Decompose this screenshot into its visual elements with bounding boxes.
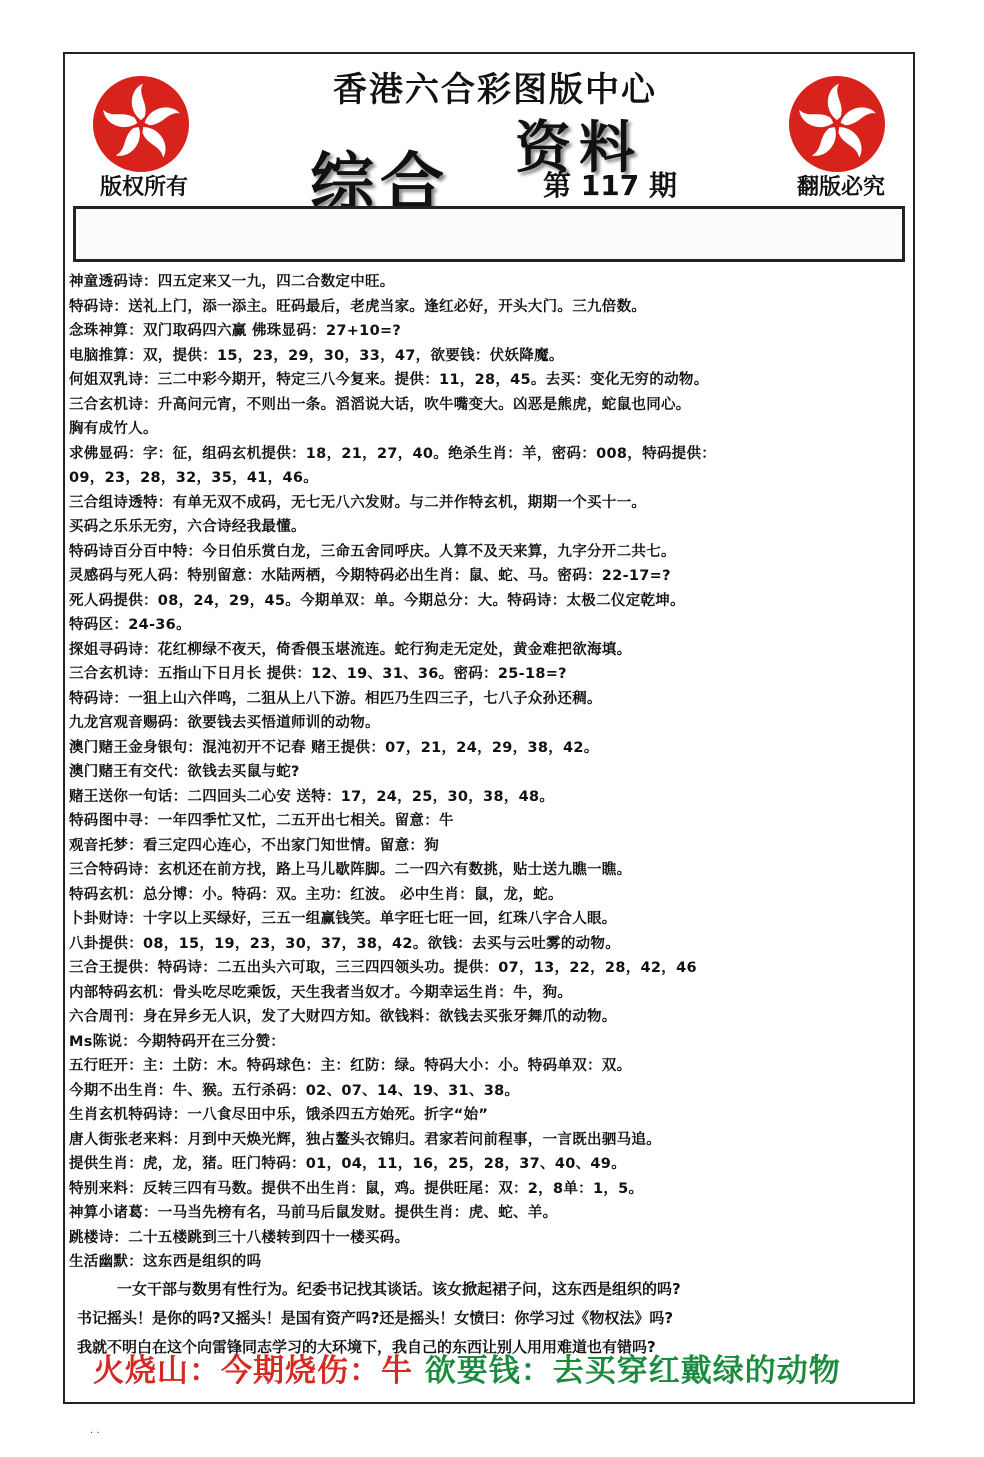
- text-line: 三合组诗透特：有单无双不成码，无七无八六发财。与二并作特玄机，期期一个买十一。: [69, 491, 909, 516]
- header: 香港六合彩图版中心 综合 资料 第 117 期 版权所有 翻版必究: [65, 54, 913, 204]
- text-line: 三合玄机诗：五指山下日月长 提供：12、19、31、36。密码：25-18=?: [69, 662, 909, 687]
- footer-dots: . .: [90, 1425, 100, 1436]
- text-line: 神童透码诗：四五定来又一九，四二合数定中旺。: [69, 270, 909, 295]
- blank-box: [73, 206, 905, 262]
- center-title: 香港六合彩图版中心: [245, 62, 745, 111]
- bauhinia-flower-icon: [93, 76, 189, 172]
- text-line: 探姐寻码诗：花红柳绿不夜天，倚香偎玉堪流连。蛇行狗走无定处，黄金难把欲海填。: [69, 638, 909, 663]
- text-line: 电脑推算：双，提供：15，23，29，30，33，47，欲要钱：伏妖降魔。: [69, 344, 909, 369]
- text-line: 生肖玄机特码诗：一八食尽田中乐，饿杀四五方始死。折字“始”: [69, 1103, 909, 1128]
- text-line: 澳门赌王金身银句：混沌初开不记春 赌王提供：07，21，24，29，38，42。: [69, 736, 909, 761]
- page-frame: 香港六合彩图版中心 综合 资料 第 117 期 版权所有 翻版必究 神童透码诗：…: [63, 52, 915, 1404]
- text-line: 特码图中寻：一年四季忙又忙，二五开出七相关。留意：牛: [69, 809, 909, 834]
- text-line: 特码诗百分百中特：今日伯乐赏白龙，三命五舍同呼庆。人算不及天来算，九字分开二共七…: [69, 540, 909, 565]
- issue-number: 第 117 期: [543, 164, 677, 204]
- text-line: 澳门赌王有交代：欲钱去买鼠与蛇?: [69, 760, 909, 785]
- bauhinia-flower-icon: [789, 76, 885, 172]
- text-line: 胸有成竹人。: [69, 417, 909, 442]
- text-line: 特别来料：反转三四有马数。提供不出生肖：鼠，鸡。提供旺尾：双：2，8单：1，5。: [69, 1177, 909, 1202]
- bottom-banner: 火烧山：今期烧伤：牛 欲要钱：去买穿红戴绿的动物: [93, 1345, 841, 1390]
- text-line: 特码区：24-36。: [69, 613, 909, 638]
- text-line: 特码诗：送礼上门，添一添主。旺码最后，老虎当家。逢红必好，开头大门。三九倍数。: [69, 295, 909, 320]
- text-line: 生活幽默：这东西是组织的吗: [69, 1250, 909, 1275]
- text-line: 跳楼诗：二十五楼跳到三十八楼转到四十一楼买码。: [69, 1226, 909, 1251]
- text-line: 求佛显码：字：征，组码玄机提供：18，21，27，40。绝杀生肖：羊，密码：00…: [69, 442, 909, 467]
- banner-green-text: 欲要钱：去买穿红戴绿的动物: [425, 1353, 841, 1389]
- text-line: 三合玄机诗：升高问元宵，不则出一条。滔滔说大话，吹牛嘴变大。凶恶是熊虎，蛇鼠也同…: [69, 393, 909, 418]
- text-line: 提供生肖：虎，龙，猪。旺门特码：01，04，11，16，25，28，37、40、…: [69, 1152, 909, 1177]
- text-line: 五行旺开：主：土防：木。特码球色：主：红防：绿。特码大小：小。特码单双：双。: [69, 1054, 909, 1079]
- text-line: 特码诗：一狙上山六伴鸣，二狙从上八下游。相匹乃生四三子，七八子众孙还稠。: [69, 687, 909, 712]
- text-line: 念珠神算：双门取码四六赢 佛珠显码：27+10=?: [69, 319, 909, 344]
- text-line: 九龙宫观音赐码：欲要钱去买悟道师训的动物。: [69, 711, 909, 736]
- text-line: 三合王提供：特码诗：二五出头六可取，三三四四领头功。提供：07，13，22，28…: [69, 956, 909, 981]
- text-line: 内部特码玄机：骨头吃尽吃乘饭，天生我者当奴才。今期幸运生肖：牛，狗。: [69, 981, 909, 1006]
- copyright-right: 翻版必究: [797, 170, 885, 201]
- text-line: 灵感码与死人码：特别留意：水陆两栖，今期特码必出生肖：鼠、蛇、马。密码：22-1…: [69, 564, 909, 589]
- joke-line: 一女干部与数男有性行为。纪委书记找其谈话。该女掀起裙子问，这东西是组织的吗?: [69, 1275, 909, 1304]
- text-line: 唐人街张老来料：月到中天焕光辉，独占鳌头衣锦归。君家若问前程事，一言既出驷马追。: [69, 1128, 909, 1153]
- text-line: 何姐双乳诗：三二中彩今期开，特定三八今复来。提供：11，28，45。去买：变化无…: [69, 368, 909, 393]
- text-line: Ms陈说：今期特码开在三分赞：: [69, 1030, 909, 1055]
- text-line: 09，23，28，32，35，41，46。: [69, 466, 909, 491]
- text-line: 死人码提供：08，24，29，45。今期单双：单。今期总分：大。特码诗：太极二仪…: [69, 589, 909, 614]
- text-line: 卜卦财诗：十字以上买绿好，三五一组赢钱笑。单字旺七旺一回，红珠八字合人眼。: [69, 907, 909, 932]
- text-line: 八卦提供：08，15，19，23，30，37，38，42。欲钱：去买与云吐雾的动…: [69, 932, 909, 957]
- text-line: 神算小诸葛：一马当先榜有名，马前马后鼠发财。提供生肖：虎、蛇、羊。: [69, 1201, 909, 1226]
- copyright-left: 版权所有: [100, 170, 188, 201]
- text-line: 赌王送你一句话：二四回头二心安 送特：17，24，25，30，38，48。: [69, 785, 909, 810]
- banner-red-text: 火烧山：今期烧伤：牛: [93, 1353, 413, 1389]
- joke-line: 书记摇头！是你的吗?又摇头！是国有资产吗?还是摇头！女愤曰：你学习过《物权法》吗…: [69, 1304, 909, 1333]
- text-line: 观音托梦：看三定四心连心，不出家门知世情。留意：狗: [69, 834, 909, 859]
- content-lines: 神童透码诗：四五定来又一九，四二合数定中旺。 特码诗：送礼上门，添一添主。旺码最…: [69, 270, 909, 1362]
- text-line: 特码玄机：总分博：小。特码：双。主功：红波。 必中生肖：鼠，龙，蛇。: [69, 883, 909, 908]
- text-line: 买码之乐乐无穷，六合诗经我最懂。: [69, 515, 909, 540]
- text-line: 六合周刊：身在异乡无人识，发了大财四方知。欲钱料：欲钱去买张牙舞爪的动物。: [69, 1005, 909, 1030]
- text-line: 今期不出生肖：牛、猴。五行杀码：02、07、14、19、31、38。: [69, 1079, 909, 1104]
- text-line: 三合特码诗：玄机还在前方找，路上马儿歇阵脚。二一四六有数挑，贴士送九瞧一瞧。: [69, 858, 909, 883]
